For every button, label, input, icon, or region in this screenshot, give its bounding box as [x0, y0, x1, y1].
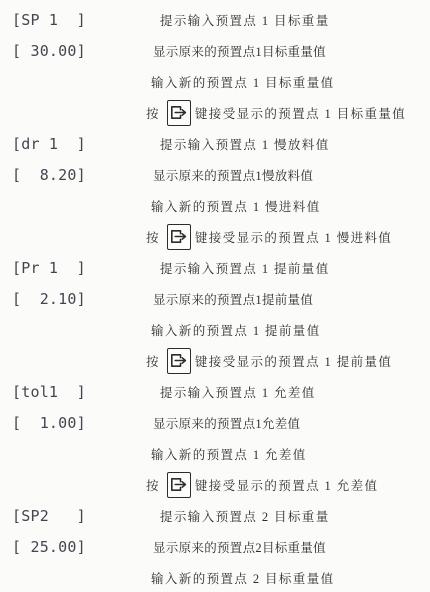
enter-key — [167, 100, 191, 126]
manual-step-row: 按 键接受显示的预置点 1 慢进料值 — [0, 221, 430, 252]
step-description: 输入新的预置点 1 慢进料值 — [151, 197, 321, 215]
lcd-display-value: [ 1.00] — [12, 414, 86, 432]
step-description: 输入新的预置点 1 目标重量值 — [151, 73, 335, 91]
step-description: 键接受显示的预置点 1 目标重量值 — [195, 104, 406, 122]
manual-step-row: [tol1 ] 提示输入预置点 1 允差值 — [0, 376, 430, 407]
step-description: 输入新的预置点 1 提前量值 — [151, 321, 321, 339]
step-description: 提示输入预置点 1 目标重量 — [160, 11, 330, 29]
manual-step-row: 按 键接受显示的预置点 1 提前量值 — [0, 345, 430, 376]
manual-step-row: 输入新的预置点 1 目标重量值 — [0, 66, 430, 97]
step-description: 键接受显示的预置点 1 允差值 — [195, 476, 379, 494]
enter-arrow-icon — [170, 477, 187, 492]
manual-step-row: 按 键接受显示的预置点 1 目标重量值 — [0, 97, 430, 128]
lcd-display-value: [ 30.00] — [12, 42, 86, 60]
step-description: 提示输入预置点 2 目标重量 — [160, 507, 330, 525]
step-description: 输入新的预置点 2 目标重量值 — [151, 569, 335, 587]
manual-step-row: 输入新的预置点 2 目标重量值 — [0, 562, 430, 592]
step-description: 提示输入预置点 1 允差值 — [160, 383, 316, 401]
lcd-display-value: [ 25.00] — [12, 538, 86, 556]
lcd-display-value: [ 8.20] — [12, 166, 86, 184]
lcd-display-code: [SP 1 ] — [12, 11, 86, 29]
manual-page: [SP 1 ] 提示输入预置点 1 目标重量 [ 30.00] 显示原来的预置点… — [0, 0, 430, 592]
manual-step-row: [SP 1 ] 提示输入预置点 1 目标重量 — [0, 4, 430, 35]
manual-step-row: [ 30.00] 显示原来的预置点1目标重量值 — [0, 35, 430, 66]
step-description: 输入新的预置点 1 允差值 — [151, 445, 307, 463]
manual-step-row: 输入新的预置点 1 慢进料值 — [0, 190, 430, 221]
enter-arrow-icon — [170, 229, 187, 244]
step-description: 显示原来的预置点1提前量值 — [153, 290, 313, 308]
manual-step-row: [Pr 1 ] 提示输入预置点 1 提前量值 — [0, 252, 430, 283]
manual-step-row: [ 1.00] 显示原来的预置点1允差值 — [0, 407, 430, 438]
press-label: 按 — [146, 476, 160, 494]
step-description: 显示原来的预置点1允差值 — [153, 414, 300, 432]
manual-step-row: [ 2.10] 显示原来的预置点1提前量值 — [0, 283, 430, 314]
manual-step-row: [ 8.20] 显示原来的预置点1慢放料值 — [0, 159, 430, 190]
lcd-display-code: [tol1 ] — [12, 383, 86, 401]
lcd-display-code: [SP2 ] — [12, 507, 86, 525]
step-description: 提示输入预置点 1 提前量值 — [160, 259, 330, 277]
manual-step-row: 输入新的预置点 1 提前量值 — [0, 314, 430, 345]
step-description: 显示原来的预置点1慢放料值 — [153, 166, 313, 184]
enter-arrow-icon — [170, 105, 187, 120]
step-description: 键接受显示的预置点 1 提前量值 — [195, 352, 392, 370]
manual-step-row: 按 键接受显示的预置点 1 允差值 — [0, 469, 430, 500]
lcd-display-value: [ 2.10] — [12, 290, 86, 308]
step-description: 显示原来的预置点2目标重量值 — [153, 538, 326, 556]
step-description: 提示输入预置点 1 慢放料值 — [160, 135, 330, 153]
manual-step-row: [SP2 ] 提示输入预置点 2 目标重量 — [0, 500, 430, 531]
manual-step-row: [dr 1 ] 提示输入预置点 1 慢放料值 — [0, 128, 430, 159]
press-label: 按 — [146, 352, 160, 370]
enter-key — [167, 348, 191, 374]
press-label: 按 — [146, 104, 160, 122]
enter-arrow-icon — [170, 353, 187, 368]
step-description: 键接受显示的预置点 1 慢进料值 — [195, 228, 392, 246]
manual-step-row: 输入新的预置点 1 允差值 — [0, 438, 430, 469]
lcd-display-code: [Pr 1 ] — [12, 259, 86, 277]
enter-key — [167, 472, 191, 498]
press-label: 按 — [146, 228, 160, 246]
manual-step-row: [ 25.00] 显示原来的预置点2目标重量值 — [0, 531, 430, 562]
lcd-display-code: [dr 1 ] — [12, 135, 86, 153]
step-description: 显示原来的预置点1目标重量值 — [153, 42, 326, 60]
enter-key — [167, 224, 191, 250]
